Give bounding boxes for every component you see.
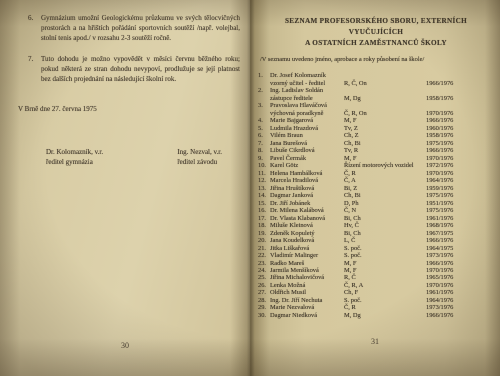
staff-name: Radko Mareš: [270, 260, 304, 267]
staff-name-line: 25.Jiřina Michalovičová: [258, 274, 344, 281]
staff-years: 1970/1976: [426, 110, 474, 117]
staff-years: 1961/1976: [426, 289, 474, 296]
staff-name-cell: 23.Radko Mareš: [258, 260, 344, 267]
staff-number: 10.: [258, 162, 270, 169]
staff-row: 2.Ing. Ladislav Soldán zástupce ředitele…: [258, 87, 494, 102]
staff-name: Jitka Liškařová: [270, 245, 309, 252]
dateline: V Brně dne 27. června 1975: [18, 105, 240, 113]
staff-name-line: 6.Vilém Braun: [258, 132, 344, 139]
agreement-clause: 7. Tuto dohodu je možno vypovědět v měsí…: [28, 55, 240, 85]
page-number-right: 31: [250, 337, 500, 346]
staff-name-line: 1.Dr. Josef Kolomazník: [258, 72, 344, 79]
staff-name-line: 26.Lenka Možná: [258, 282, 344, 289]
staff-name: Pavel Čermák: [270, 155, 306, 162]
clause-text: Tuto dohodu je možno vypovědět v měsíci …: [41, 55, 240, 85]
staff-name-cell: 3.Pravoslava Hlaváčová výchovná poradkyn…: [258, 102, 344, 117]
staff-name-line: 14.Dagmar Janková: [258, 192, 344, 199]
staff-subjects: S. poč.: [344, 245, 426, 252]
staff-years: 1966/1976: [426, 237, 474, 244]
staff-name-line: 4.Marie Bajgarová: [258, 117, 344, 124]
staff-subjects: S. poč.: [344, 297, 426, 304]
list-subtitle: /V seznamu uvedeno jméno, aprobace a rok…: [260, 56, 494, 63]
staff-row: 3.Pravoslava Hlaváčová výchovná poradkyn…: [258, 102, 494, 117]
staff-subjects: M, F: [344, 267, 426, 274]
staff-name-line: 20.Jana Koudelková: [258, 237, 344, 244]
staff-number: 16.: [258, 207, 270, 214]
staff-name: Ing. Ladislav Soldán: [270, 87, 323, 94]
staff-name: Jana Koudelková: [270, 237, 314, 244]
staff-number: 7.: [258, 140, 270, 147]
staff-name-cell: 2.Ing. Ladislav Soldán zástupce ředitele: [258, 87, 344, 102]
signature-title: ředitel závodu: [177, 157, 222, 168]
staff-name-cell: 30.Dagmar Niedková: [258, 312, 344, 319]
staff-number: 24.: [258, 267, 270, 274]
staff-name-cell: 4.Marie Bajgarová: [258, 117, 344, 124]
staff-number: 26.: [258, 282, 270, 289]
staff-name-line: 7.Jana Burešová: [258, 140, 344, 147]
staff-name-cell: 1.Dr. Josef Kolomazník vzorný učitel - ř…: [258, 72, 344, 87]
staff-name-cell: 12.Marcela Hradilová: [258, 177, 344, 184]
staff-name: Oldřich Musil: [270, 289, 306, 296]
staff-name: Zdeněk Kopuletý: [270, 230, 315, 237]
staff-subjects: Hv, Č: [344, 222, 426, 229]
staff-name-cell: 9.Pavel Čermák: [258, 155, 344, 162]
staff-subjects: S. poč.: [344, 252, 426, 259]
staff-role: zástupce ředitele: [258, 95, 344, 102]
staff-row: 13.Jiřina Hruštíková Bi, Z 1959/1976: [258, 185, 494, 192]
right-page-content: SEZNAM PROFESORSKÉHO SBORU, EXTERNÍCH VY…: [258, 16, 494, 319]
staff-name-cell: 15.Dr. Jiří Jobánek: [258, 200, 344, 207]
staff-subjects: Ch, F: [344, 289, 426, 296]
staff-subjects: Tv, Z: [344, 125, 426, 132]
staff-row: 18.Miluše Kleinová Hv, Č 1968/1976: [258, 222, 494, 229]
staff-name-cell: 6.Vilém Braun: [258, 132, 344, 139]
staff-subjects: Č, R, A: [344, 282, 426, 289]
staff-row: 20.Jana Koudelková L, Č 1966/1976: [258, 237, 494, 244]
staff-name: Jarmila Menšíková: [270, 267, 319, 274]
left-page-content: 6. Gymnázium umožní Geologickému průzkum…: [28, 14, 240, 168]
staff-subjects: Ch, Bi: [344, 192, 426, 199]
staff-years: 1966/1976: [426, 80, 474, 87]
page-right: SEZNAM PROFESORSKÉHO SBORU, EXTERNÍCH VY…: [250, 0, 500, 376]
staff-row: 24.Jarmila Menšíková M, F 1970/1976: [258, 267, 494, 274]
staff-years: 1967/1975: [426, 230, 474, 237]
staff-years: 1958/1976: [426, 95, 474, 102]
clause-number: 6.: [28, 14, 41, 44]
staff-years: 1966/1976: [426, 312, 474, 319]
staff-subjects: Č, R: [344, 304, 426, 311]
staff-row: 26.Lenka Možná Č, R, A 1970/1976: [258, 282, 494, 289]
list-title: SEZNAM PROFESORSKÉHO SBORU, EXTERNÍCH VY…: [258, 16, 494, 48]
staff-row: 30.Dagmar Niedková M, Dg 1966/1976: [258, 312, 494, 319]
staff-name: Dagmar Niedková: [270, 312, 317, 319]
list-title-line1: SEZNAM PROFESORSKÉHO SBORU, EXTERNÍCH VY…: [258, 16, 494, 38]
staff-subjects: D, Ph: [344, 200, 426, 207]
staff-number: 23.: [258, 260, 270, 267]
staff-name: Pravoslava Hlaváčová: [270, 102, 327, 109]
staff-row: 8.Libuše Cikrdlová Tv, R 1966/1976: [258, 147, 494, 154]
staff-subjects: Tv, R: [344, 147, 426, 154]
staff-name-line: 11.Helena Hambálková: [258, 170, 344, 177]
staff-name: Jana Burešová: [270, 140, 307, 147]
staff-name-line: 29.Marie Nezvalová: [258, 304, 344, 311]
staff-row: 4.Marie Bajgarová M, F 1966/1976: [258, 117, 494, 124]
staff-years: 1970/1976: [426, 155, 474, 162]
agreement-clause: 6. Gymnázium umožní Geologickému průzkum…: [28, 14, 240, 44]
staff-name-line: 3.Pravoslava Hlaváčová: [258, 102, 344, 109]
staff-number: 29.: [258, 304, 270, 311]
staff-name: Vladimír Malinger: [270, 252, 318, 259]
staff-years: 1959/1976: [426, 185, 474, 192]
staff-row: 11.Helena Hambálková Č, R 1970/1976: [258, 170, 494, 177]
staff-name-cell: 17.Dr. Vlasta Klabanová: [258, 215, 344, 222]
staff-name-cell: 5.Ludmila Hrazdová: [258, 125, 344, 132]
signature-block: Dr. Kolomazník, v.r. ředitel gymnázia In…: [28, 147, 240, 168]
staff-years: 1965/1976: [426, 274, 474, 281]
staff-name: Dr. Milena Kalábová: [270, 207, 324, 214]
staff-name-cell: 19.Zdeněk Kopuletý: [258, 230, 344, 237]
staff-row: 1.Dr. Josef Kolomazník vzorný učitel - ř…: [258, 72, 494, 87]
staff-number: 15.: [258, 200, 270, 207]
staff-name-line: 23.Radko Mareš: [258, 260, 344, 267]
staff-name-line: 17.Dr. Vlasta Klabanová: [258, 215, 344, 222]
staff-name-line: 27.Oldřich Musil: [258, 289, 344, 296]
staff-name-cell: 10.Karel Götz: [258, 162, 344, 169]
staff-name: Marie Nezvalová: [270, 304, 314, 311]
staff-years: 1966/1976: [426, 147, 474, 154]
staff-subjects: M, F: [344, 260, 426, 267]
staff-name: Jiřina Hruštíková: [270, 185, 314, 192]
staff-subjects: M, Dg: [344, 312, 426, 319]
signature-name: Dr. Kolomazník, v.r.: [46, 147, 103, 158]
staff-name: Dr. Josef Kolomazník: [270, 72, 326, 79]
staff-number: 27.: [258, 289, 270, 296]
staff-subjects: Bi, Ch: [344, 230, 426, 237]
staff-number: 9.: [258, 155, 270, 162]
staff-subjects: R, Č: [344, 274, 426, 281]
staff-name-cell: 21.Jitka Liškařová: [258, 245, 344, 252]
staff-name: Dr. Vlasta Klabanová: [270, 215, 325, 222]
staff-number: 25.: [258, 274, 270, 281]
staff-row: 22.Vladimír Malinger S. poč. 1973/1976: [258, 252, 494, 259]
staff-name-line: 5.Ludmila Hrazdová: [258, 125, 344, 132]
staff-role: vzorný učitel - ředitel: [258, 80, 344, 87]
staff-years: 1972/1976: [426, 162, 474, 169]
staff-name-cell: 14.Dagmar Janková: [258, 192, 344, 199]
staff-name: Dagmar Janková: [270, 192, 313, 199]
staff-row: 29.Marie Nezvalová Č, R 1973/1976: [258, 304, 494, 311]
staff-name: Ludmila Hrazdová: [270, 125, 318, 132]
staff-name: Libuše Cikrdlová: [270, 147, 315, 154]
staff-number: 2.: [258, 87, 270, 94]
staff-number: 13.: [258, 185, 270, 192]
staff-subjects: Bi, Ch: [344, 215, 426, 222]
staff-row: 12.Marcela Hradilová Č, A 1964/1976: [258, 177, 494, 184]
staff-row: 14.Dagmar Janková Ch, Bi 1975/1976: [258, 192, 494, 199]
staff-name-line: 19.Zdeněk Kopuletý: [258, 230, 344, 237]
staff-name-line: 24.Jarmila Menšíková: [258, 267, 344, 274]
staff-name-cell: 28.Ing. Dr. Jiří Nechuta: [258, 297, 344, 304]
staff-name: Lenka Možná: [270, 282, 305, 289]
page-number-left: 30: [0, 341, 250, 350]
staff-years: 1975/1976: [426, 140, 474, 147]
staff-years: 1960/1976: [426, 125, 474, 132]
staff-subjects: M, Dg: [344, 95, 426, 102]
staff-name-line: 15.Dr. Jiří Jobánek: [258, 200, 344, 207]
staff-number: 17.: [258, 215, 270, 222]
staff-years: 1964/1976: [426, 177, 474, 184]
staff-name: Karel Götz: [270, 162, 298, 169]
clause-number: 7.: [28, 55, 41, 85]
clause-text: Gymnázium umožní Geologickému průzkumu v…: [41, 14, 240, 44]
staff-name-line: 21.Jitka Liškařová: [258, 245, 344, 252]
staff-name-cell: 7.Jana Burešová: [258, 140, 344, 147]
list-title-line2: A OSTATNÍCH ZAMĚSTNANCŮ ŠKOLY: [258, 38, 494, 49]
staff-name-cell: 27.Oldřich Musil: [258, 289, 344, 296]
signature-name: Ing. Nezval, v.r.: [177, 147, 222, 158]
staff-number: 11.: [258, 170, 270, 177]
staff-years: 1970/1976: [426, 267, 474, 274]
staff-years: 1970/1976: [426, 282, 474, 289]
staff-years: 1951/1976: [426, 200, 474, 207]
staff-years: 1975/1976: [426, 192, 474, 199]
staff-row: 16.Dr. Milena Kalábová Č, N 1975/1976: [258, 207, 494, 214]
staff-row: 25.Jiřina Michalovičová R, Č 1965/1976: [258, 274, 494, 281]
open-book-photo: 6. Gymnázium umožní Geologickému průzkum…: [0, 0, 500, 376]
staff-name-cell: 20.Jana Koudelková: [258, 237, 344, 244]
staff-number: 6.: [258, 132, 270, 139]
staff-number: 1.: [258, 72, 270, 79]
staff-name-cell: 16.Dr. Milena Kalábová: [258, 207, 344, 214]
staff-row: 7.Jana Burešová Ch, Bi 1975/1976: [258, 140, 494, 147]
staff-name: Vilém Braun: [270, 132, 303, 139]
staff-years: 1973/1976: [426, 252, 474, 259]
staff-name-line: 8.Libuše Cikrdlová: [258, 147, 344, 154]
staff-number: 14.: [258, 192, 270, 199]
staff-subjects: Č, R, On: [344, 110, 426, 117]
staff-row: 19.Zdeněk Kopuletý Bi, Ch 1967/1975: [258, 230, 494, 237]
staff-name-cell: 29.Marie Nezvalová: [258, 304, 344, 311]
staff-name-cell: 26.Lenka Možná: [258, 282, 344, 289]
staff-name-cell: 13.Jiřina Hruštíková: [258, 185, 344, 192]
staff-number: 20.: [258, 237, 270, 244]
staff-name-line: 9.Pavel Čermák: [258, 155, 344, 162]
signature: Dr. Kolomazník, v.r. ředitel gymnázia: [46, 147, 103, 168]
staff-subjects: Ch, Bi: [344, 140, 426, 147]
staff-years: 1961/1976: [426, 215, 474, 222]
staff-row: 6.Vilém Braun Ch, Z 1958/1976: [258, 132, 494, 139]
staff-years: 1970/1976: [426, 170, 474, 177]
staff-subjects: R, Č, On: [344, 80, 426, 87]
staff-name: Marcela Hradilová: [270, 177, 318, 184]
staff-name-cell: 18.Miluše Kleinová: [258, 222, 344, 229]
staff-row: 21.Jitka Liškařová S. poč. 1964/1975: [258, 245, 494, 252]
staff-name-line: 12.Marcela Hradilová: [258, 177, 344, 184]
staff-name: Dr. Jiří Jobánek: [270, 200, 310, 207]
staff-name-line: 13.Jiřina Hruštíková: [258, 185, 344, 192]
staff-number: 12.: [258, 177, 270, 184]
staff-name-line: 10.Karel Götz: [258, 162, 344, 169]
staff-subjects: L, Č: [344, 237, 426, 244]
staff-name: Ing. Dr. Jiří Nechuta: [270, 297, 322, 304]
staff-row: 5.Ludmila Hrazdová Tv, Z 1960/1976: [258, 125, 494, 132]
staff-number: 21.: [258, 245, 270, 252]
staff-name-line: 28.Ing. Dr. Jiří Nechuta: [258, 297, 344, 304]
page-left: 6. Gymnázium umožní Geologickému průzkum…: [0, 0, 250, 376]
staff-row: 23.Radko Mareš M, F 1966/1976: [258, 260, 494, 267]
staff-subjects: Bi, Z: [344, 185, 426, 192]
staff-subjects: Č, A: [344, 177, 426, 184]
staff-name-cell: 24.Jarmila Menšíková: [258, 267, 344, 274]
staff-number: 19.: [258, 230, 270, 237]
staff-subjects: Č, R: [344, 170, 426, 177]
staff-name: Miluše Kleinová: [270, 222, 313, 229]
staff-subjects: M, F: [344, 117, 426, 124]
staff-years: 1964/1976: [426, 297, 474, 304]
signature: Ing. Nezval, v.r. ředitel závodu: [177, 147, 222, 168]
staff-name-cell: 22.Vladimír Malinger: [258, 252, 344, 259]
staff-name-line: 2.Ing. Ladislav Soldán: [258, 87, 344, 94]
staff-name: Helena Hambálková: [270, 170, 322, 177]
staff-row: 10.Karel Götz Řízení motorových vozidel …: [258, 162, 494, 169]
staff-years: 1966/1976: [426, 117, 474, 124]
staff-name: Marie Bajgarová: [270, 117, 313, 124]
staff-years: 1964/1975: [426, 245, 474, 252]
staff-name-line: 18.Miluše Kleinová: [258, 222, 344, 229]
staff-name-line: 16.Dr. Milena Kalábová: [258, 207, 344, 214]
staff-number: 22.: [258, 252, 270, 259]
staff-name-cell: 25.Jiřina Michalovičová: [258, 274, 344, 281]
staff-name-line: 22.Vladimír Malinger: [258, 252, 344, 259]
staff-role: výchovná poradkyně: [258, 110, 344, 117]
staff-name-line: 30.Dagmar Niedková: [258, 312, 344, 319]
staff-number: 18.: [258, 222, 270, 229]
staff-list: 1.Dr. Josef Kolomazník vzorný učitel - ř…: [258, 72, 494, 319]
staff-number: 28.: [258, 297, 270, 304]
staff-number: 3.: [258, 102, 270, 109]
staff-row: 28.Ing. Dr. Jiří Nechuta S. poč. 1964/19…: [258, 297, 494, 304]
staff-number: 4.: [258, 117, 270, 124]
signature-title: ředitel gymnázia: [46, 157, 103, 168]
staff-name: Jiřina Michalovičová: [270, 274, 324, 281]
staff-subjects: Č, N: [344, 207, 426, 214]
staff-number: 30.: [258, 312, 270, 319]
staff-row: 27.Oldřich Musil Ch, F 1961/1976: [258, 289, 494, 296]
staff-number: 8.: [258, 147, 270, 154]
staff-years: 1958/1976: [426, 132, 474, 139]
staff-subjects: Ch, Z: [344, 132, 426, 139]
staff-subjects: Řízení motorových vozidel: [344, 162, 426, 169]
staff-number: 5.: [258, 125, 270, 132]
staff-years: 1966/1976: [426, 260, 474, 267]
staff-years: 1968/1976: [426, 222, 474, 229]
staff-years: 1975/1976: [426, 207, 474, 214]
staff-row: 17.Dr. Vlasta Klabanová Bi, Ch 1961/1976: [258, 215, 494, 222]
staff-name-cell: 8.Libuše Cikrdlová: [258, 147, 344, 154]
staff-row: 15.Dr. Jiří Jobánek D, Ph 1951/1976: [258, 200, 494, 207]
staff-name-cell: 11.Helena Hambálková: [258, 170, 344, 177]
staff-years: 1973/1976: [426, 304, 474, 311]
